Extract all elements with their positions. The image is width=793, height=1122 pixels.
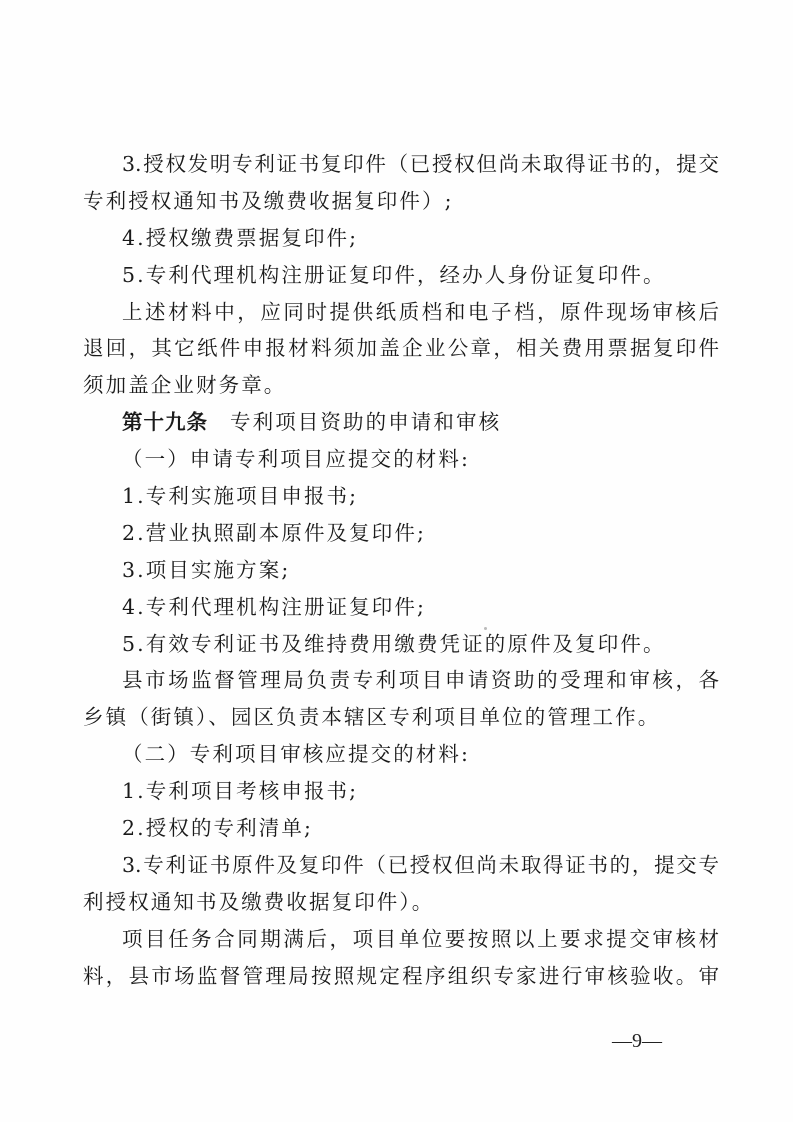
section-one-item: 3.项目实施方案;: [83, 552, 719, 589]
list-item-invention-certificate-cont: 专利授权通知书及缴费收据复印件）;: [83, 183, 719, 220]
section-two-item-certificate: 3.专利证书原件及复印件（已授权但尚未取得证书的，提交专: [83, 847, 719, 884]
paragraph-responsibility-cont: 乡镇（街镇）、园区负责本辖区专利项目单位的管理工作。: [83, 699, 719, 736]
list-item-fee-receipt: 4.授权缴费票据复印件;: [83, 220, 719, 257]
list-item-agency-certificate: 5.专利代理机构注册证复印件，经办人身份证复印件。: [83, 257, 719, 294]
section-one-item: 5.有效专利证书及维持费用缴费凭证的原件及复印件。: [83, 626, 719, 663]
paragraph-responsibility: 县市场监督管理局负责专利项目申请资助的受理和审核，各: [83, 662, 719, 699]
list-item-invention-certificate: 3.授权发明专利证书复印件（已授权但尚未取得证书的，提交: [83, 146, 719, 183]
paragraph-materials-note-end: 须加盖企业财务章。: [83, 367, 719, 404]
article-title: 专利项目资助的申请和审核: [230, 410, 501, 434]
section-one-heading: （一）申请专利项目应提交的材料:: [83, 441, 719, 478]
paragraph-materials-note: 上述材料中，应同时提供纸质档和电子档，原件现场审核后: [83, 294, 719, 331]
article-heading: 第十九条专利项目资助的申请和审核: [83, 404, 719, 441]
section-two-heading: （二）专利项目审核应提交的材料:: [83, 736, 719, 773]
article-number: 第十九条: [122, 410, 208, 434]
section-one-item: 2.营业执照副本原件及复印件;: [83, 515, 719, 552]
scan-speck: [484, 627, 487, 630]
document-page: 3.授权发明专利证书复印件（已授权但尚未取得证书的，提交 专利授权通知书及缴费收…: [0, 0, 793, 1122]
paragraph-closing: 项目任务合同期满后，项目单位要按照以上要求提交审核材: [83, 921, 719, 958]
document-body: 3.授权发明专利证书复印件（已授权但尚未取得证书的，提交 专利授权通知书及缴费收…: [83, 146, 719, 994]
section-two-item: 1.专利项目考核申报书;: [83, 773, 719, 810]
paragraph-materials-note-cont: 退回，其它纸件申报材料须加盖企业公章，相关费用票据复印件: [83, 330, 719, 367]
page-number: —9—: [612, 1030, 662, 1053]
section-two-item: 2.授权的专利清单;: [83, 810, 719, 847]
paragraph-closing-cont: 料，县市场监督管理局按照规定程序组织专家进行审核验收。审: [83, 958, 719, 995]
section-two-item-certificate-cont: 利授权通知书及缴费收据复印件）。: [83, 884, 719, 921]
section-one-item: 4.专利代理机构注册证复印件;: [83, 589, 719, 626]
section-one-item: 1.专利实施项目申报书;: [83, 478, 719, 515]
